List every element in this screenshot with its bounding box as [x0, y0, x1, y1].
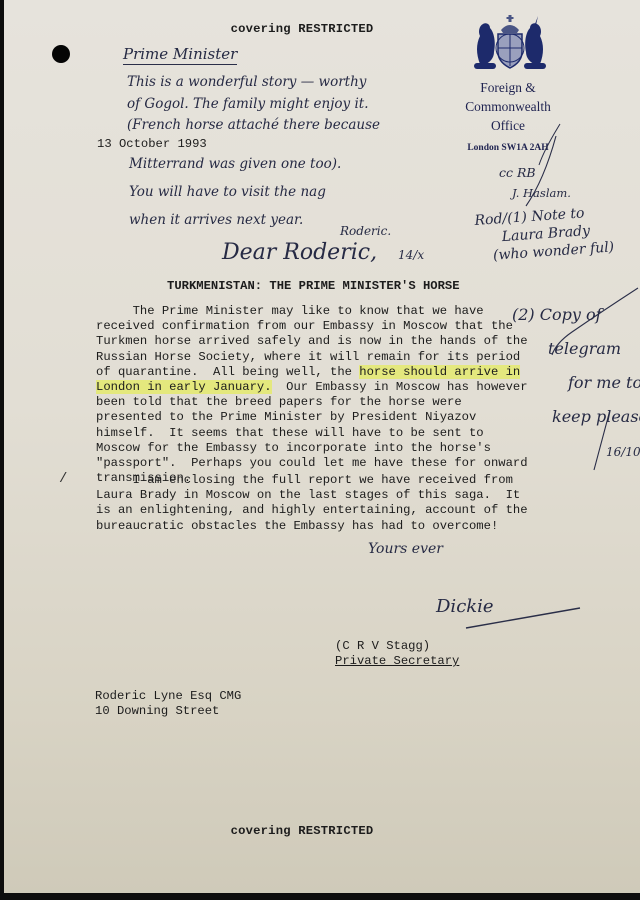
paragraph-text: Our Embassy in Moscow has however been t…	[96, 380, 528, 485]
handwritten-margin-note: Rod/(1) Note to Laura Brady (who wonder …	[474, 202, 615, 265]
highlighted-text: London in early January.	[96, 380, 272, 394]
body-paragraph-2: I am enclosing the full report we have r…	[96, 473, 566, 534]
classification-footer: covering RESTRICTED	[4, 824, 600, 838]
letter-page: covering RESTRICTED Foreign & Commonweal…	[4, 0, 640, 893]
signatory-title: Private Secretary	[335, 654, 459, 669]
margin-line: keep please	[512, 400, 640, 434]
body-paragraph-1: The Prime Minister may like to know that…	[96, 304, 566, 486]
signatory-name: (C R V Stagg)	[335, 639, 459, 654]
highlighted-text: horse should arrive in	[359, 365, 520, 379]
handwritten-margin-date: 16/10.	[606, 445, 640, 459]
margin-line: telegram	[512, 332, 640, 366]
letter-subject: TURKMENISTAN: THE PRIME MINISTER'S HORSE	[167, 279, 460, 293]
recipient-block: Roderic Lyne Esq CMG 10 Downing Street	[95, 689, 241, 719]
handwritten-closing: Yours ever	[368, 541, 443, 557]
handwritten-salutation: Dear Roderic,	[222, 240, 377, 265]
handwritten-tick: 14/x	[398, 248, 424, 262]
signature-block: (C R V Stagg) Private Secretary	[335, 639, 459, 669]
margin-slash: /	[59, 471, 67, 487]
recipient-address: 10 Downing Street	[95, 704, 241, 719]
handwritten-margin-note-2: (2) Copy of telegram for me to keep plea…	[512, 298, 640, 434]
handwritten-signature: Dickie	[436, 596, 494, 617]
margin-line: for me to	[512, 366, 640, 400]
recipient-name: Roderic Lyne Esq CMG	[95, 689, 241, 704]
margin-line: (2) Copy of	[512, 298, 640, 332]
